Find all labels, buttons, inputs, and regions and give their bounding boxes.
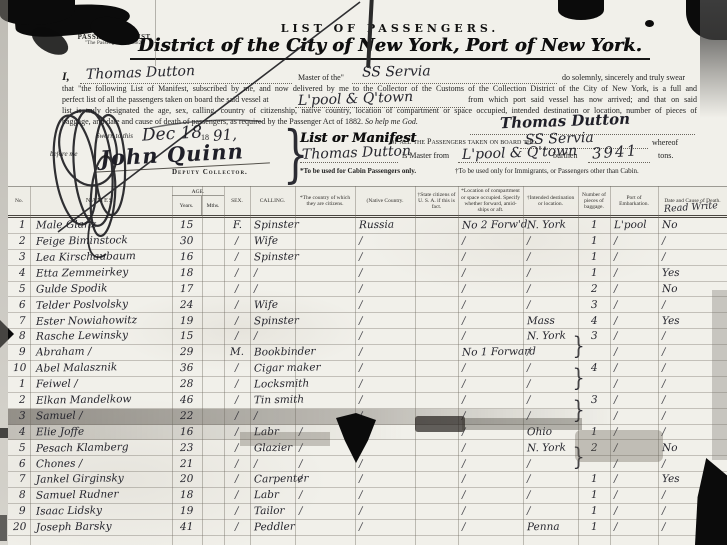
cell-baggage <box>578 536 610 545</box>
cell-location: / <box>458 409 523 424</box>
cell-no <box>8 536 30 545</box>
cell-death: / <box>658 393 727 408</box>
cell-baggage: 1 <box>578 218 610 233</box>
header-no: No. <box>8 187 30 215</box>
cell-sex: / <box>224 504 250 519</box>
passenger-row: 5Pesach Klamberg23/Glazier///N. York2/No <box>8 440 727 456</box>
cell-years: 15 <box>172 218 202 233</box>
cell-baggage: 1 <box>578 266 610 281</box>
cell-port: / <box>610 234 658 249</box>
cell-sex: / <box>224 472 250 487</box>
passenger-row: 10Abel Malasznik36/Cigar maker///4// <box>8 361 727 377</box>
cell-name: Feige Biminstock <box>30 234 172 249</box>
cell-usa <box>415 456 458 471</box>
cell-native: / <box>355 282 415 297</box>
cell-no: 9 <box>8 345 30 360</box>
cell-years: 16 <box>172 425 202 440</box>
cell-name: Chones / <box>30 456 172 471</box>
left-edge-band <box>0 0 8 545</box>
master-signature: Thomas Dutton <box>500 110 631 133</box>
cell-death: / <box>658 345 727 360</box>
cell-citizens <box>295 297 355 312</box>
cell-years: 23 <box>172 440 202 455</box>
cell-death: / <box>658 250 727 265</box>
cell-destination: / <box>523 282 578 297</box>
cell-usa <box>415 266 458 281</box>
cell-years: 29 <box>172 345 202 360</box>
cell-citizens <box>295 234 355 249</box>
cell-name: Isaac Lidsky <box>30 504 172 519</box>
cell-sex: M. <box>224 345 250 360</box>
header-calling: CALLING. <box>250 187 295 215</box>
cell-years: 24 <box>172 297 202 312</box>
cell-calling: Spinster <box>250 313 295 328</box>
header-port-embarkation: Port of Embarkation. <box>610 187 658 215</box>
cell-usa <box>415 488 458 503</box>
passenger-row: 7Ester Nowiahowitz19/Spinster//Mass4/Yes <box>8 313 727 329</box>
page-subtitle: District of the City of New York, Port o… <box>130 35 650 60</box>
cell-calling: Bookbinder <box>250 345 295 360</box>
cell-sex: / <box>224 456 250 471</box>
cell-port: / <box>610 425 658 440</box>
baggage-group-brace: } <box>573 364 585 392</box>
cell-destination: / <box>523 393 578 408</box>
cell-sex: / <box>224 488 250 503</box>
header-years: Years. <box>172 196 202 215</box>
header-native-country: (Native Country. <box>355 187 415 215</box>
cell-calling: / <box>250 282 295 297</box>
cell-port: / <box>610 520 658 535</box>
blank-line <box>458 161 550 163</box>
cell-location: / <box>458 393 523 408</box>
cell-name: Etta Zemmeirkey <box>30 266 172 281</box>
cell-usa <box>415 297 458 312</box>
cell-mths <box>202 250 224 265</box>
cell-calling: Glazier <box>250 440 295 455</box>
cell-years: 30 <box>172 234 202 249</box>
cell-years <box>172 536 202 545</box>
cell-death: Yes <box>658 313 727 328</box>
cell-destination: / <box>523 250 578 265</box>
cell-native: Russia <box>355 218 415 233</box>
cell-no: 3 <box>8 250 30 265</box>
cell-mths <box>202 313 224 328</box>
cell-name: Ester Nowiahowitz <box>30 313 172 328</box>
cell-location: / <box>458 425 523 440</box>
cell-citizens <box>295 377 355 392</box>
cell-baggage: 3 <box>578 297 610 312</box>
cell-no: 6 <box>8 456 30 471</box>
cell-port: / <box>610 361 658 376</box>
cell-destination: / <box>523 504 578 519</box>
ink-blob <box>558 0 604 20</box>
cell-calling: Wife <box>250 234 295 249</box>
manifest-note-steerage: †To be used only for Immigrants, or Pass… <box>455 167 639 175</box>
cell-sex: / <box>224 250 250 265</box>
cell-mths <box>202 361 224 376</box>
cell-mths <box>202 297 224 312</box>
cell-usa <box>415 361 458 376</box>
manifest-is-master-label: is Master from <box>402 151 449 160</box>
cell-name <box>30 536 172 545</box>
passenger-row <box>8 536 727 545</box>
header-baggage: Number of pieces of baggage. <box>578 187 610 215</box>
cell-usa <box>415 313 458 328</box>
cell-native: / <box>355 504 415 519</box>
cell-location: / <box>458 488 523 503</box>
cell-native: / <box>355 361 415 376</box>
passenger-row: 4Etta Zemmeirkey18/////1/Yes <box>8 266 727 282</box>
cell-calling: Carpenter <box>250 472 295 487</box>
cell-usa <box>415 329 458 344</box>
cell-citizens: / <box>295 456 355 471</box>
cell-death: / <box>658 234 727 249</box>
cell-usa <box>415 234 458 249</box>
read-write-note-handwritten: Read Write <box>664 201 719 216</box>
cell-port: / <box>610 504 658 519</box>
cell-baggage: } <box>578 456 610 471</box>
passenger-row: 5Gulde Spodik17/////2/No <box>8 282 727 298</box>
oath-so-help: So help me God. <box>365 117 418 126</box>
cell-years: 16 <box>172 250 202 265</box>
cell-citizens <box>295 536 355 545</box>
cell-usa <box>415 393 458 408</box>
cell-destination: Mass <box>523 313 578 328</box>
cell-port: / <box>610 488 658 503</box>
cell-name: Abraham / <box>30 345 172 360</box>
oath-line3b: from which port said vessel has now arri… <box>468 95 697 104</box>
cell-usa <box>415 440 458 455</box>
cell-port: / <box>610 409 658 424</box>
cell-name: Rasche Lewinsky <box>30 329 172 344</box>
cell-native: / <box>355 234 415 249</box>
cell-no: 8 <box>8 488 30 503</box>
cell-usa <box>415 250 458 265</box>
cell-native: / <box>355 345 415 360</box>
cell-calling: / <box>250 456 295 471</box>
cell-location: / <box>458 456 523 471</box>
cell-destination: N. York <box>523 218 578 233</box>
cell-citizens <box>295 393 355 408</box>
cell-death: No <box>658 218 727 233</box>
header-mths: Mths. <box>202 196 224 215</box>
cell-name: Lea Kirschaubaum <box>30 250 172 265</box>
passenger-manifest-document: CUSTOMS FORM, PASSENGERS' LIST. "The Pas… <box>0 0 727 545</box>
cell-citizens <box>295 250 355 265</box>
cell-mths <box>202 329 224 344</box>
cell-native: / <box>355 456 415 471</box>
passenger-row: 9Isaac Lidsky19/Tailor////1// <box>8 504 727 520</box>
cell-death: / <box>658 297 727 312</box>
cell-name: Telder Poslvolsky <box>30 297 172 312</box>
cell-sex: / <box>224 520 250 535</box>
cell-native: / <box>355 329 415 344</box>
cell-baggage: 1 <box>578 488 610 503</box>
cell-no: 10 <box>8 361 30 376</box>
cell-port: / <box>610 456 658 471</box>
cell-usa <box>415 536 458 545</box>
cell-name: Feiwel / <box>30 377 172 392</box>
cell-years: 15 <box>172 329 202 344</box>
cell-calling: / <box>250 266 295 281</box>
header-sex: SEX. <box>224 187 250 215</box>
cell-baggage: } <box>578 345 610 360</box>
cell-native: / <box>355 472 415 487</box>
cell-usa <box>415 282 458 297</box>
passenger-row: 8Rasche Lewinsky15////N. York3// <box>8 329 727 345</box>
cell-calling: Wife <box>250 297 295 312</box>
cell-no: 3 <box>8 409 30 424</box>
cell-usa <box>415 377 458 392</box>
cell-citizens: / <box>295 472 355 487</box>
cell-death: No <box>658 282 727 297</box>
oath-line5: baggage, and date and cause of death of … <box>62 117 418 126</box>
cell-destination: N. York <box>523 440 578 455</box>
ink-speck <box>645 20 654 27</box>
cell-citizens <box>295 361 355 376</box>
cell-usa <box>415 218 458 233</box>
cell-mths <box>202 266 224 281</box>
cell-location: / <box>458 266 523 281</box>
manifest-whereof: whereof <box>652 138 678 147</box>
cell-citizens: / <box>295 488 355 503</box>
oath-vessel-handwritten: SS Servia <box>362 63 431 80</box>
baggage-group-brace: } <box>573 443 585 471</box>
cell-calling: Spinster <box>250 250 295 265</box>
cell-years: 17 <box>172 282 202 297</box>
cell-years: 36 <box>172 361 202 376</box>
cell-years: 46 <box>172 393 202 408</box>
cell-no: 9 <box>8 504 30 519</box>
cell-citizens <box>295 266 355 281</box>
cell-years: 18 <box>172 488 202 503</box>
cell-native: / <box>355 377 415 392</box>
cell-name: Elkan Mandelkow <box>30 393 172 408</box>
cell-citizens <box>295 329 355 344</box>
cell-port: / <box>610 377 658 392</box>
passenger-table: No. NAMES. AGE. Years. Mths. SEX. CALLIN… <box>8 186 727 545</box>
passenger-row: 9Abraham /29M.Bookbinder/No 1 Forward/}/… <box>8 345 727 361</box>
cell-baggage: 1 <box>578 250 610 265</box>
cell-years: 20 <box>172 472 202 487</box>
oath-master-name-handwritten: Thomas Dutton <box>86 63 195 83</box>
cell-name: Elie Joffe <box>30 425 172 440</box>
cell-no: 2 <box>8 393 30 408</box>
cell-calling: Peddler <box>250 520 295 535</box>
cell-mths <box>202 488 224 503</box>
cell-name: Jankel Girginsky <box>30 472 172 487</box>
cell-calling: Tailor <box>250 504 295 519</box>
cell-location: / <box>458 520 523 535</box>
cell-death: No <box>658 440 727 455</box>
cell-mths <box>202 218 224 233</box>
cell-no: 1 <box>8 377 30 392</box>
cell-location <box>458 536 523 545</box>
cell-sex: / <box>224 266 250 281</box>
passenger-row: 6Telder Poslvolsky24/Wife///3// <box>8 297 727 313</box>
cell-sex: / <box>224 297 250 312</box>
cell-baggage: 1 <box>578 425 610 440</box>
table-header-row: No. NAMES. AGE. Years. Mths. SEX. CALLIN… <box>8 186 727 218</box>
cell-native: / <box>355 297 415 312</box>
cell-port: / <box>610 440 658 455</box>
cell-port <box>610 536 658 545</box>
cell-location: / <box>458 250 523 265</box>
cell-port: / <box>610 297 658 312</box>
cell-no: 5 <box>8 282 30 297</box>
cell-mths <box>202 440 224 455</box>
cell-native: / <box>355 266 415 281</box>
header-citizens: *The country of which they are citizens. <box>295 187 355 215</box>
header-death: Date and Cause of Death. Read Write <box>658 187 727 215</box>
page-title: LIST OF PASSENGERS. <box>180 22 600 35</box>
cell-usa <box>415 425 458 440</box>
manifest-note-cabin: *To be used for Cabin Passengers only. <box>300 167 416 175</box>
cell-baggage: 2 <box>578 282 610 297</box>
cell-usa <box>415 472 458 487</box>
cell-port: / <box>610 282 658 297</box>
cell-mths <box>202 234 224 249</box>
cell-citizens <box>295 313 355 328</box>
cell-no: 7 <box>8 472 30 487</box>
cell-location: / <box>458 440 523 455</box>
cell-port: / <box>610 393 658 408</box>
cell-baggage: 1 <box>578 472 610 487</box>
manifest-tons-label: tons. <box>658 151 673 160</box>
cell-citizens: / <box>295 504 355 519</box>
cell-name: Pesach Klamberg <box>30 440 172 455</box>
header-usa-citizens: †State citizens of U. S. A. if this is f… <box>415 187 458 215</box>
cell-location: / <box>458 282 523 297</box>
cell-no: 5 <box>8 440 30 455</box>
cell-destination: / <box>523 456 578 471</box>
cell-location: No 2 Forw'd <box>458 218 523 233</box>
cell-calling: Locksmith <box>250 377 295 392</box>
cell-native: / <box>355 313 415 328</box>
passenger-row: 3Lea Kirschaubaum16/Spinster///1// <box>8 250 727 266</box>
cell-sex: / <box>224 377 250 392</box>
cell-usa <box>415 504 458 519</box>
cell-native: / <box>355 488 415 503</box>
cell-name: Joseph Barsky <box>30 520 172 535</box>
cell-sex: / <box>224 440 250 455</box>
cell-destination: / <box>523 377 578 392</box>
cell-sex: / <box>224 282 250 297</box>
cell-mths <box>202 520 224 535</box>
before-me-label: before me <box>50 150 78 158</box>
oath-master-of-label: Master of the" <box>298 73 344 82</box>
cell-location: / <box>458 297 523 312</box>
cell-years: 22 <box>172 409 202 424</box>
cell-no: 2 <box>8 234 30 249</box>
cell-sex: / <box>224 393 250 408</box>
cell-destination <box>523 536 578 545</box>
cell-no: 6 <box>8 297 30 312</box>
cell-sex: / <box>224 361 250 376</box>
cell-baggage: 1 <box>578 504 610 519</box>
cell-port: L'pool <box>610 218 658 233</box>
cell-death: / <box>658 377 727 392</box>
cell-death: / <box>658 425 727 440</box>
table-body: 1Male Glanz15F.SpinsterRussiaNo 2 Forw'd… <box>8 218 727 545</box>
cell-calling: Spinster <box>250 218 295 233</box>
cell-name: Male Glanz <box>30 218 172 233</box>
passenger-row: 2Feige Biminstock30/Wife///1// <box>8 234 727 250</box>
passenger-row: 20Joseph Barsky41/Peddler//Penna1// <box>8 520 727 536</box>
cell-destination: / <box>523 266 578 281</box>
cell-usa <box>415 345 458 360</box>
cell-location: / <box>458 361 523 376</box>
header-age: AGE. <box>172 187 224 196</box>
passenger-row: 6Chones /21//////}// <box>8 456 727 472</box>
cell-years: 18 <box>172 266 202 281</box>
cell-location: / <box>458 329 523 344</box>
cell-death: Yes <box>658 266 727 281</box>
cell-destination: Penna <box>523 520 578 535</box>
cell-destination: / <box>523 345 578 360</box>
cell-sex <box>224 536 250 545</box>
cell-mths <box>202 536 224 545</box>
passenger-row: 1Male Glanz15F.SpinsterRussiaNo 2 Forw'd… <box>8 218 727 234</box>
cell-location: / <box>458 472 523 487</box>
ink-speck <box>0 515 7 541</box>
cell-no: 20 <box>8 520 30 535</box>
cell-mths <box>202 377 224 392</box>
cell-mths <box>202 504 224 519</box>
ink-speck <box>0 428 8 438</box>
cell-death: / <box>658 329 727 344</box>
cell-destination: / <box>523 409 578 424</box>
cell-port: / <box>610 345 658 360</box>
cell-sex: F. <box>224 218 250 233</box>
cell-calling: Tin smith <box>250 393 295 408</box>
cell-sex: / <box>224 409 250 424</box>
cell-calling: / <box>250 409 295 424</box>
cell-destination: / <box>523 472 578 487</box>
cell-no: 4 <box>8 266 30 281</box>
cell-location: / <box>458 504 523 519</box>
cell-baggage: } <box>578 409 610 424</box>
cell-years: 21 <box>172 456 202 471</box>
cell-citizens <box>295 520 355 535</box>
cell-no: 1 <box>8 218 30 233</box>
deputy-collector-title: Deputy Collector. <box>172 168 248 176</box>
header-compartment: *Location of compartment or space occupi… <box>458 187 523 215</box>
cell-no: 4 <box>8 425 30 440</box>
cell-location: / <box>458 377 523 392</box>
cell-mths <box>202 472 224 487</box>
cell-calling: Cigar maker <box>250 361 295 376</box>
cell-destination: / <box>523 488 578 503</box>
cell-name: Abel Malasznik <box>30 361 172 376</box>
cell-calling: Labr <box>250 488 295 503</box>
cell-sex: / <box>224 313 250 328</box>
oath-line5-text: baggage, and date and cause of death of … <box>62 117 363 126</box>
header-destination: †Intended destination or location. <box>523 187 578 215</box>
cell-usa <box>415 409 458 424</box>
cell-port: / <box>610 250 658 265</box>
cell-citizens <box>295 345 355 360</box>
cell-name: Gulde Spodik <box>30 282 172 297</box>
cell-native: / <box>355 250 415 265</box>
baggage-group-brace: } <box>573 332 585 360</box>
cell-calling: Labr <box>250 425 295 440</box>
cell-citizens <box>295 218 355 233</box>
oath-line3a: perfect list of all the passengers taken… <box>62 95 269 104</box>
cell-destination: / <box>523 297 578 312</box>
cell-native <box>355 536 415 545</box>
baggage-group-brace: } <box>573 396 585 424</box>
